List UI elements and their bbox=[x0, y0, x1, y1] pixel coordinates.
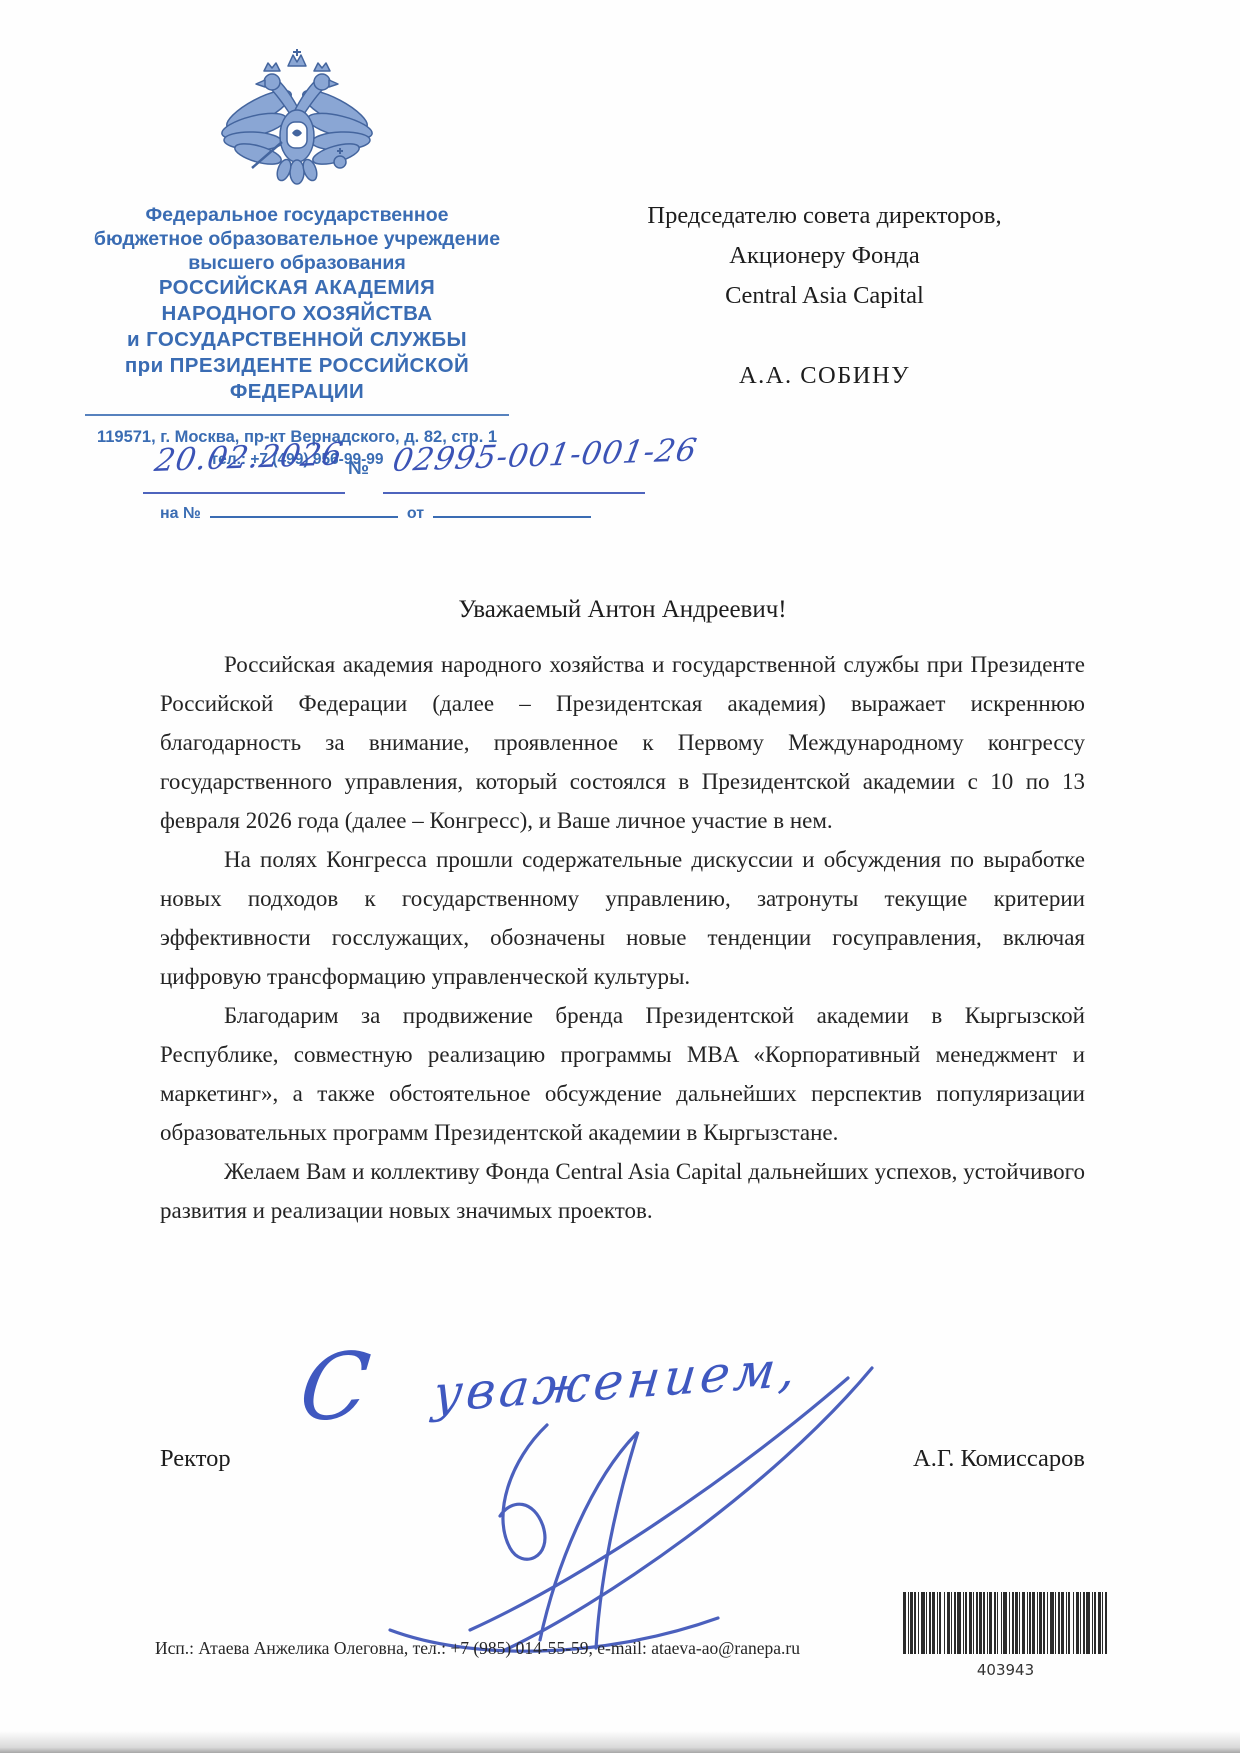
org-name-caps: НАРОДНОГО ХОЗЯЙСТВА bbox=[58, 301, 536, 327]
date-underline bbox=[143, 492, 345, 494]
letter-page: Федеральное государственное бюджетное об… bbox=[0, 0, 1240, 1753]
scan-edge-shadow bbox=[0, 1731, 1240, 1753]
letterhead: Федеральное государственное бюджетное об… bbox=[58, 203, 536, 470]
org-name-line: высшего образования bbox=[58, 251, 536, 275]
reply-reference-row: на №от bbox=[160, 503, 600, 523]
number-underline bbox=[383, 492, 645, 494]
paragraph: Российская академия народного хозяйства … bbox=[160, 645, 1085, 840]
paragraph: Благодарим за продвижение бренда Президе… bbox=[160, 996, 1085, 1152]
reply-ot-label: от bbox=[407, 505, 424, 522]
org-name-line: Федеральное государственное bbox=[58, 203, 536, 227]
letterhead-divider bbox=[85, 414, 509, 416]
recipient-name: А.А. СОБИНУ bbox=[612, 356, 1037, 396]
number-sign: № bbox=[348, 458, 369, 480]
letter-body: Российская академия народного хозяйства … bbox=[160, 645, 1085, 1230]
paragraph: На полях Конгресса прошли содержательные… bbox=[160, 840, 1085, 996]
recipient-block: Председателю совета директоров, Акционер… bbox=[612, 196, 1037, 396]
org-name-line: бюджетное образовательное учреждение bbox=[58, 227, 536, 251]
barcode-block: 403943 bbox=[903, 1592, 1108, 1679]
recipient-line: Central Asia Capital bbox=[612, 276, 1037, 316]
barcode-number: 403943 bbox=[903, 1661, 1108, 1679]
executor-contact: Исп.: Атаева Анжелика Олеговна, тел.: +7… bbox=[155, 1638, 800, 1659]
barcode-icon bbox=[903, 1592, 1108, 1654]
reply-date-blank bbox=[433, 503, 591, 518]
paragraph: Желаем Вам и коллективу Фонда Central As… bbox=[160, 1152, 1085, 1230]
reply-na-label: на № bbox=[160, 505, 201, 522]
russian-coat-of-arms-icon bbox=[212, 44, 382, 194]
recipient-line: Акционеру Фонда bbox=[612, 236, 1037, 276]
reply-number-blank bbox=[210, 503, 398, 518]
org-name-caps: и ГОСУДАРСТВЕННОЙ СЛУЖБЫ bbox=[58, 327, 536, 353]
recipient-line: Председателю совета директоров, bbox=[612, 196, 1037, 236]
org-name-caps: при ПРЕЗИДЕНТЕ РОССИЙСКОЙ ФЕДЕРАЦИИ bbox=[58, 353, 536, 405]
salutation: Уважаемый Антон Андреевич! bbox=[160, 596, 1085, 624]
handwritten-date: 20.02.2026 bbox=[152, 436, 346, 479]
org-name-caps: РОССИЙСКАЯ АКАДЕМИЯ bbox=[58, 275, 536, 301]
signer-name: А.Г. Комиссаров bbox=[913, 1445, 1085, 1473]
signer-title: Ректор bbox=[160, 1445, 231, 1473]
